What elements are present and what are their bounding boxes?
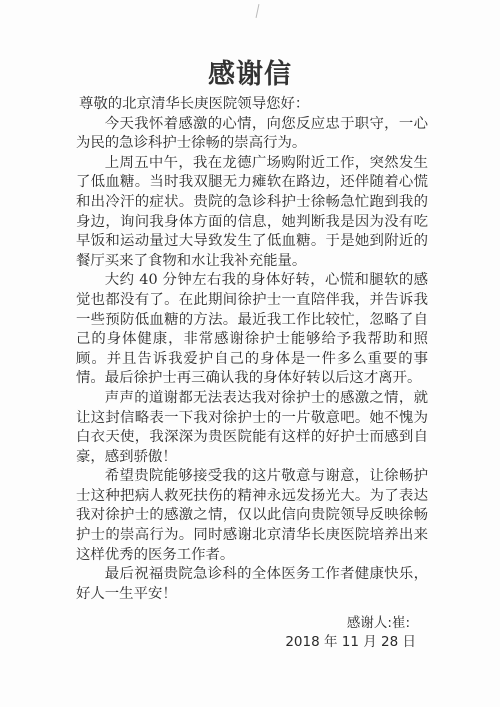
signer-name: 感谢人:崔:: [285, 614, 416, 633]
paragraph-intro: 今天我怀着感激的心情，向您反应忠于职守，一心为民的急诊科护士徐畅的崇高行为。: [76, 115, 428, 154]
paragraph-hope: 希望贵院能够接受我的这片敬意与谢意，让徐畅护士这种把病人救死扶伤的精神永远发扬光…: [76, 467, 428, 565]
scan-mark: [256, 4, 260, 18]
paragraph-gratitude: 声声的道谢都无法表达我对徐护士的感激之情，就让这封信略表一下我对徐护士的一片敬意…: [76, 389, 428, 467]
letter-date: 2018 年 11 月 28 日: [285, 633, 416, 652]
paragraph-incident: 上周五中午，我在龙德广场购附近工作，突然发生了低血糖。当时我双腿无力瘫软在路边，…: [76, 154, 428, 272]
letter-title: 感谢信: [0, 58, 500, 92]
paragraph-closing: 最后祝福贵院急诊科的全体医务工作者健康快乐，好人一生平安！: [76, 565, 428, 604]
letter-page: 感谢信 尊敬的北京清华长庚医院领导您好： 今天我怀着感激的心情，向您反应忠于职守…: [0, 0, 500, 707]
paragraph-recovery: 大约 40 分钟左右我的身体好转，心慌和腿软的感觉也都没有了。在此期间徐护士一直…: [76, 271, 428, 389]
salutation: 尊敬的北京清华长庚医院领导您好：: [76, 95, 428, 115]
letter-body: 尊敬的北京清华长庚医院领导您好： 今天我怀着感激的心情，向您反应忠于职守，一心为…: [76, 95, 428, 604]
signature-block: 感谢人:崔: 2018 年 11 月 28 日: [285, 614, 416, 652]
